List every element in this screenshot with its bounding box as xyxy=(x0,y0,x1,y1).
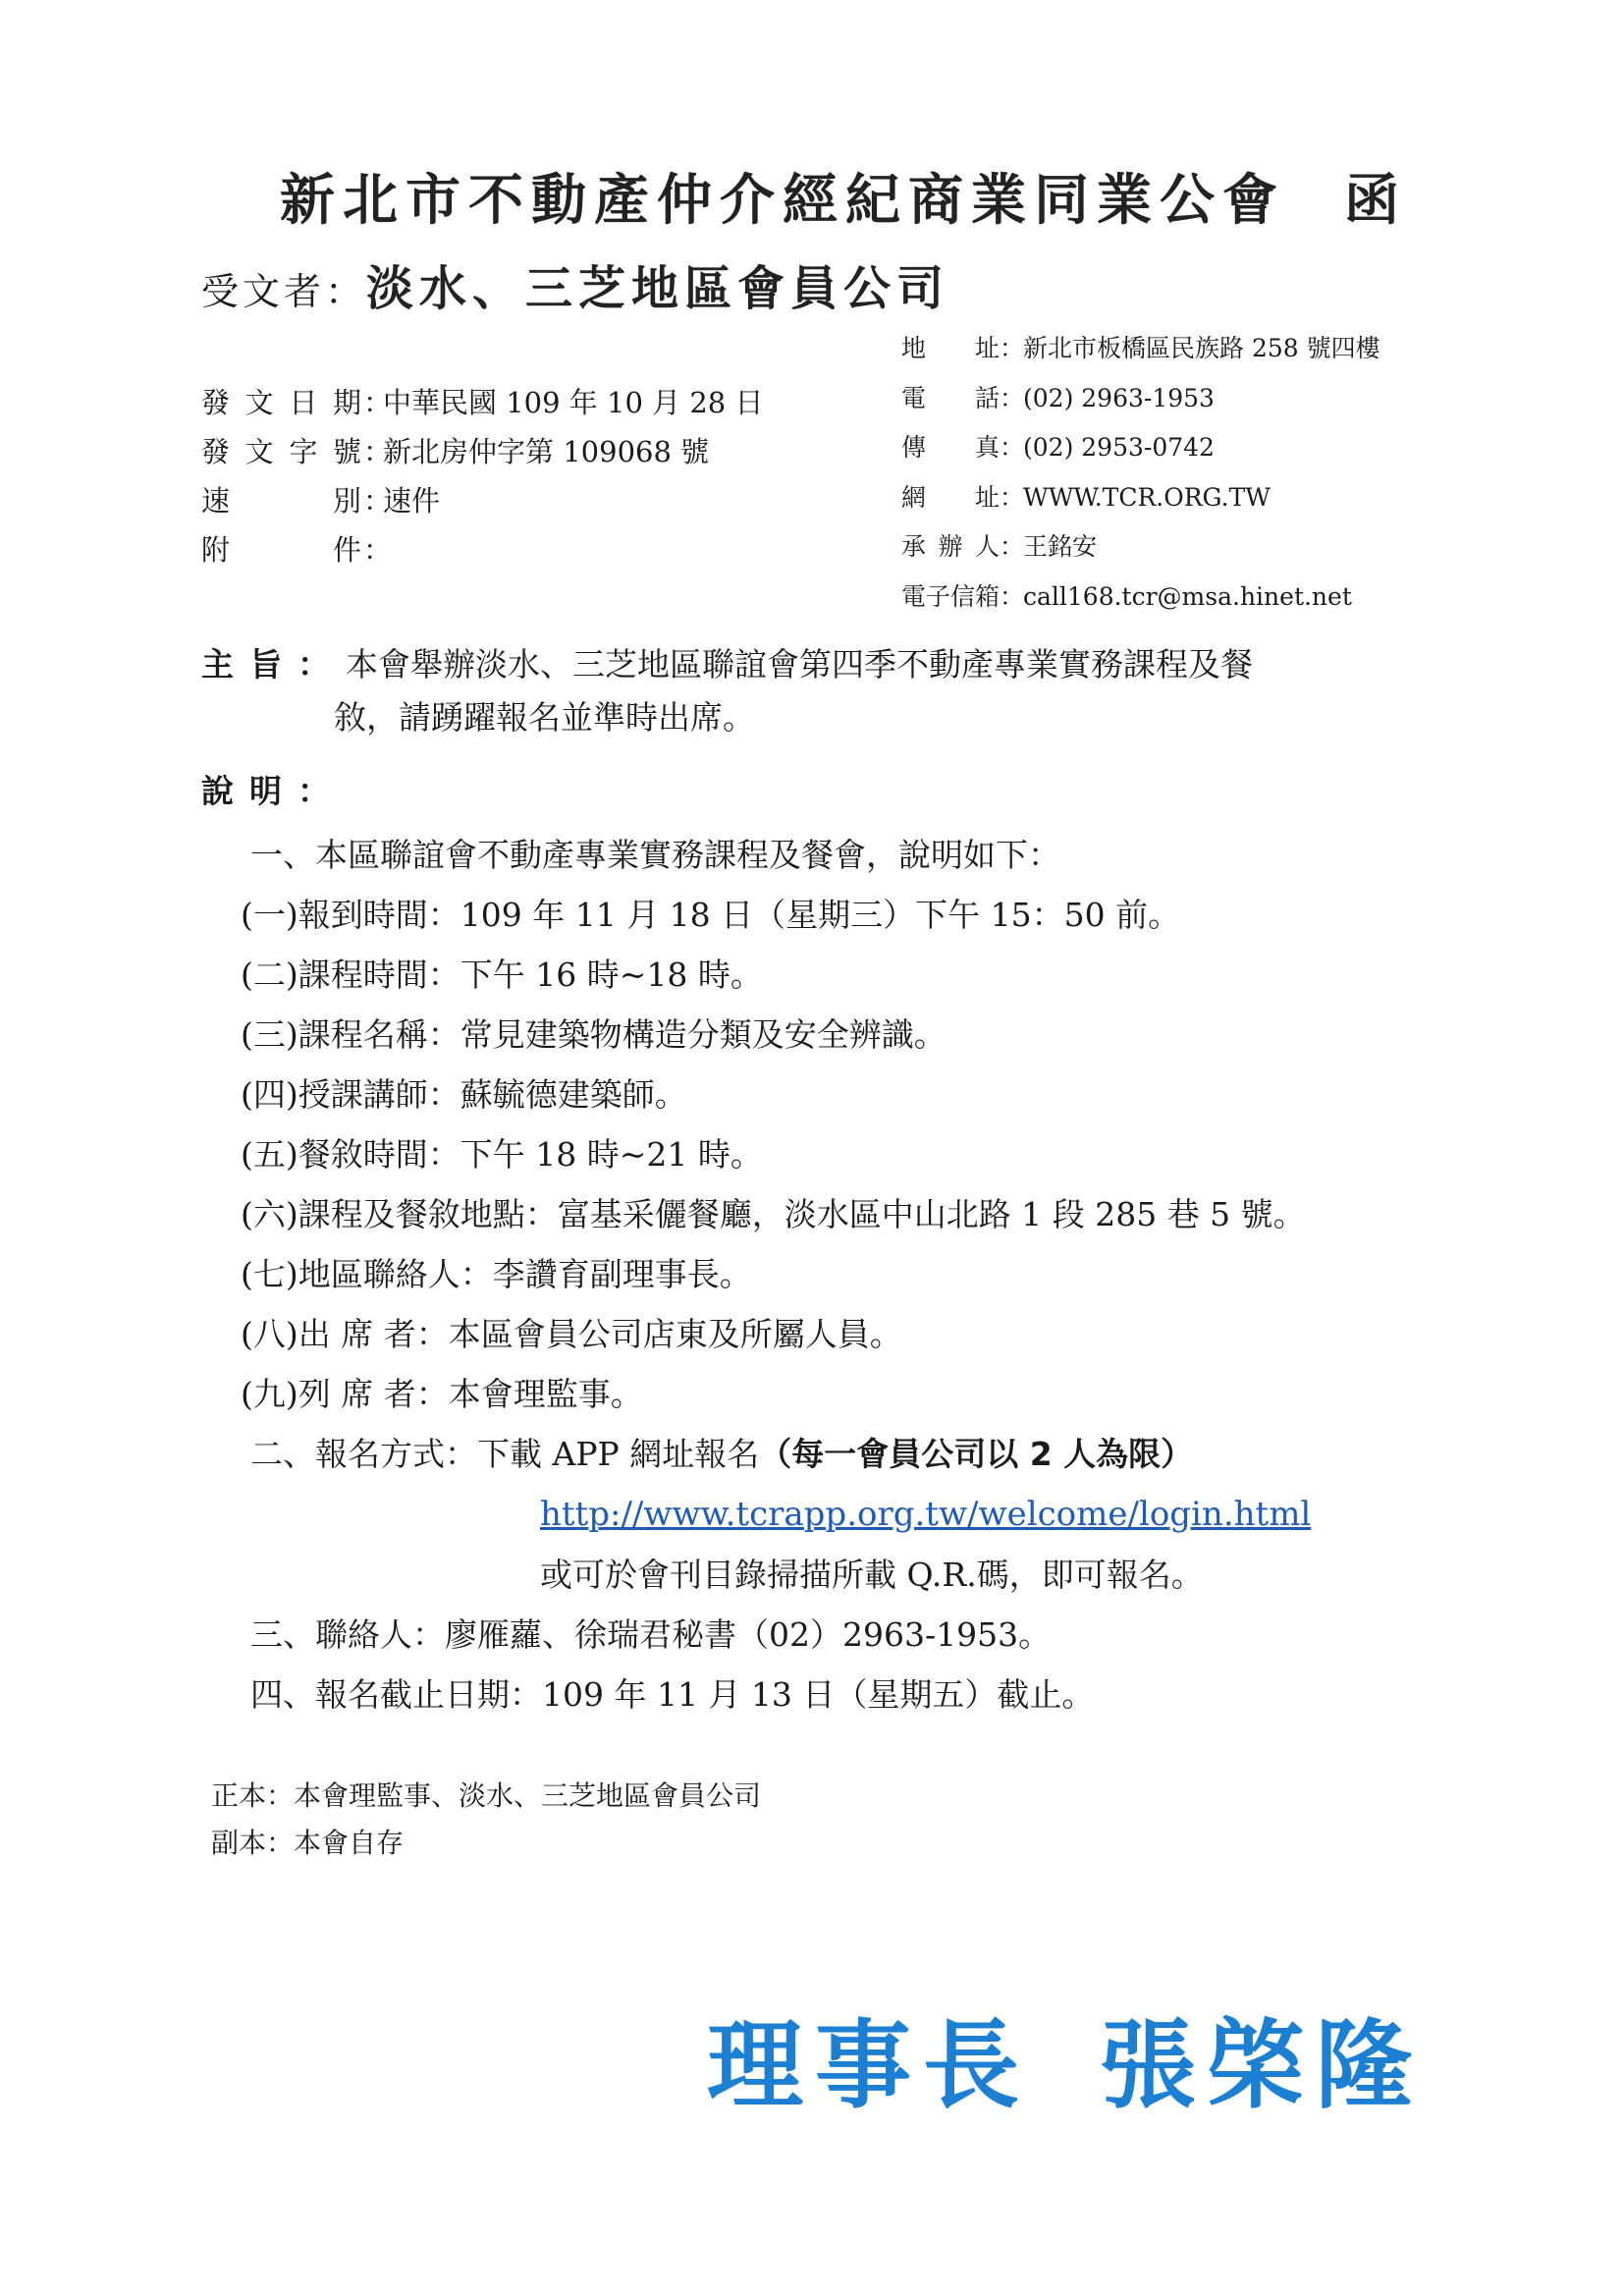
document-header: 新北市不動產仲介經紀商業同業公會函 xyxy=(280,157,1407,236)
document-meta: 發文日期：中華民國 109 年 10 月 28 日 發文字號：新北房仲字第 10… xyxy=(201,378,763,574)
signature-stamp: 理事長張棨隆 xyxy=(707,1989,1424,2127)
sub-item-checkin: (一)報到時間：109 年 11 月 18 日（星期三）下午 15：50 前。 xyxy=(241,885,1311,945)
original-copy: 正本：本會理監事、淡水、三芝地區會員公司 xyxy=(211,1773,761,1820)
sub-item-local-contact: (七)地區聯絡人：李讚育副理事長。 xyxy=(241,1244,1311,1304)
sub-item-observers: (九)列 席 者：本會理監事。 xyxy=(241,1364,1311,1424)
sub-item-course-name: (三)課程名稱：常見建築物構造分類及安全辨識。 xyxy=(241,1005,1311,1065)
contact-website: 網址：WWW.TCR.ORG.TW xyxy=(901,473,1380,523)
subject-line-1: 本會舉辦淡水、三芝地區聯誼會第四季不動產專業實務課程及餐 xyxy=(346,645,1253,683)
section-2: 二、報名方式：下載 APP 網址報名（每一會員公司以 2 人為限） xyxy=(241,1424,1311,1484)
document-number: 發文字號：新北房仲字第 109068 號 xyxy=(201,427,763,476)
explanation-body: 一、本區聯誼會不動產專業實務課程及餐會，說明如下： (一)報到時間：109 年 … xyxy=(241,825,1311,1724)
subject-line-2: 敘，請踴躍報名並準時出席。 xyxy=(201,691,1253,744)
doc-type: 函 xyxy=(1344,169,1407,233)
contact-phone: 電話：(02) 2963-1953 xyxy=(901,374,1380,424)
registration-limit: （每一會員公司以 2 人為限） xyxy=(759,1435,1193,1473)
recipient-label: 受文者： xyxy=(201,270,366,313)
subject: 主旨：本會舉辦淡水、三芝地區聯誼會第四季不動產專業實務課程及餐 敘，請踴躍報名並… xyxy=(201,638,1253,744)
sub-item-attendees: (八)出 席 者：本區會員公司店東及所屬人員。 xyxy=(241,1304,1311,1364)
signature-name: 張棨隆 xyxy=(1100,2010,1424,2122)
explanation-heading: 說明： xyxy=(201,766,346,812)
contact-address: 地址：新北市板橋區民族路 258 號四樓 xyxy=(901,324,1380,374)
sub-item-course-time: (二)課程時間：下午 16 時~18 時。 xyxy=(241,945,1311,1005)
subject-label: 主旨： xyxy=(201,645,346,683)
registration-link[interactable]: http://www.tcrapp.org.tw/welcome/login.h… xyxy=(241,1495,1311,1534)
contact-fax: 傳真：(02) 2953-0742 xyxy=(901,423,1380,473)
distribution: 正本：本會理監事、淡水、三芝地區會員公司 副本：本會自存 xyxy=(211,1773,761,1867)
sub-item-lecturer: (四)授課講師：蘇毓德建築師。 xyxy=(241,1065,1311,1124)
duplicate-copy: 副本：本會自存 xyxy=(211,1820,761,1867)
section-1: 一、本區聯誼會不動產專業實務課程及餐會，說明如下： xyxy=(241,825,1311,885)
contact-info: 地址：新北市板橋區民族路 258 號四樓 電話：(02) 2963-1953 傳… xyxy=(901,324,1380,622)
sub-item-dinner-time: (五)餐敘時間：下午 18 時~21 時。 xyxy=(241,1124,1311,1184)
contact-email: 電子信箱：call168.tcr@msa.hinet.net xyxy=(901,573,1380,623)
org-name: 新北市不動產仲介經紀商業同業公會 xyxy=(280,169,1285,233)
signature-title: 理事長 xyxy=(707,2010,1031,2122)
qr-note: 或可於會刊目錄掃描所載 Q.R.碼，即可報名。 xyxy=(241,1545,1311,1605)
recipient: 受文者：淡水、三芝地區會員公司 xyxy=(201,250,949,318)
contact-handler: 承辦人：王銘安 xyxy=(901,522,1380,573)
sub-item-venue: (六)課程及餐敘地點：富基采儷餐廳，淡水區中山北路 1 段 285 巷 5 號。 xyxy=(241,1184,1311,1244)
section-4: 四、報名截止日期：109 年 11 月 13 日（星期五）截止。 xyxy=(241,1665,1311,1724)
recipient-value: 淡水、三芝地區會員公司 xyxy=(366,261,949,316)
urgency: 速別：速件 xyxy=(201,476,763,525)
issue-date: 發文日期：中華民國 109 年 10 月 28 日 xyxy=(201,378,763,427)
attachments: 附件： xyxy=(201,525,763,574)
section-3: 三、聯絡人：廖雁蘿、徐瑞君秘書（02）2963-1953。 xyxy=(241,1605,1311,1665)
